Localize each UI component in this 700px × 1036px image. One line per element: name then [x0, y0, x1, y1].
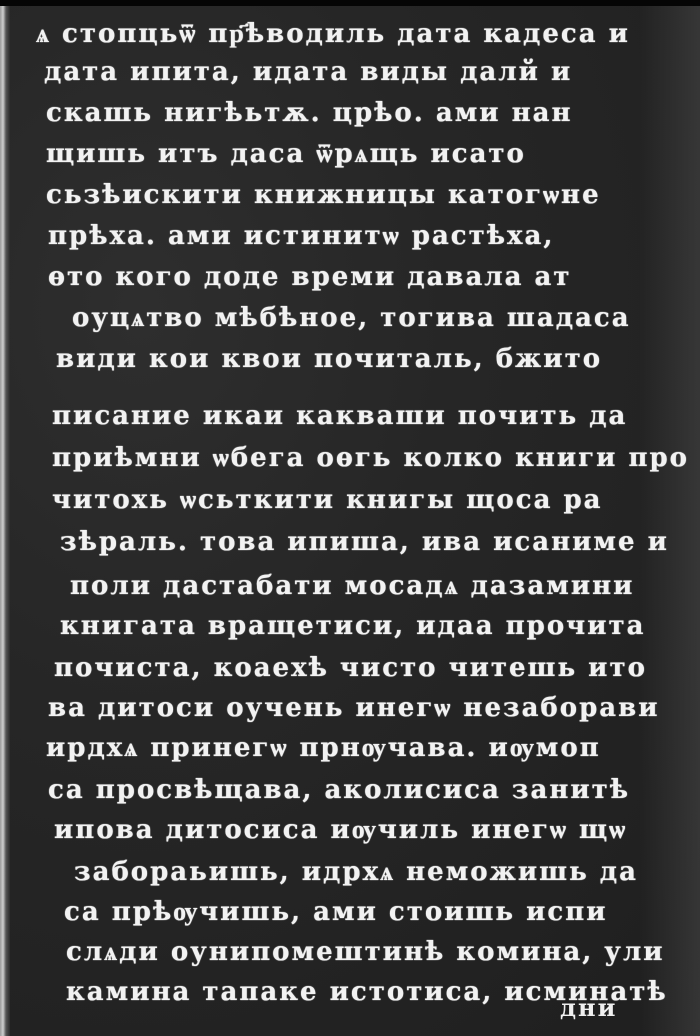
- text-line: зѣраль. това ипиша, ива исаниме и: [60, 522, 669, 562]
- final-word: дни: [560, 993, 617, 1022]
- text-line: читохь ѡсьткити книгы щоса ра: [52, 480, 603, 520]
- text-line: ѳто кого доде времи давала ат: [48, 257, 572, 297]
- text-line: почиста, коаехѣ чисто читешь ито: [54, 648, 647, 688]
- text-line: поли дастабати мосадѧ дазамини: [70, 566, 634, 606]
- text-line: ирдхѧ принегѡ прнѹчава. иѹмоп: [46, 728, 601, 768]
- text-line: види кои квои почиталь, бжито: [56, 339, 602, 379]
- text-line: скашь нигѣьтѫ. црѣо. ами нан: [46, 93, 573, 133]
- text-line: слѧди оунипомештинѣ комина, ули: [66, 932, 665, 972]
- text-line: забораьишь, идрхѧ неможишь да: [74, 852, 638, 892]
- text-line: приѣмни ѡбега оѳгь колко книги про: [52, 438, 689, 478]
- text-line: оуцѧтво мѣбѣное, тогива шадаса: [72, 298, 631, 338]
- text-line: ипова дитосиса иѹчиль инегѡ щѡ: [54, 810, 627, 850]
- text-line: са прѣѹчишь, ами стоишь испи: [64, 892, 608, 932]
- text-line: ѧ стопцьѿ пр҃ѣводиль дата кадеса и: [36, 14, 630, 54]
- page-right-shade: [640, 6, 700, 1036]
- text-line: сьзѣискити книжницы катогѡне: [46, 175, 601, 215]
- text-line: ва дитоси оучень инегѡ незаборави: [48, 688, 659, 728]
- text-line: дата ипита, идата виды далй и: [44, 52, 572, 92]
- text-line: щишь итъ даса ѿрѧщь исато: [46, 134, 526, 174]
- text-line: прѣха. ами истинитѡ растѣха,: [48, 216, 554, 256]
- text-line: писание икаи какваши почить да: [52, 396, 627, 436]
- page-left-edge: [0, 6, 10, 1036]
- text-line: книгата вращетиси, идаа прочита: [60, 606, 645, 646]
- text-line: са просвѣщава, аколисиса занитѣ: [48, 770, 630, 810]
- manuscript-page: ѧ стопцьѿ пр҃ѣводиль дата кадеса и дата …: [0, 0, 700, 1036]
- top-border: [0, 0, 700, 6]
